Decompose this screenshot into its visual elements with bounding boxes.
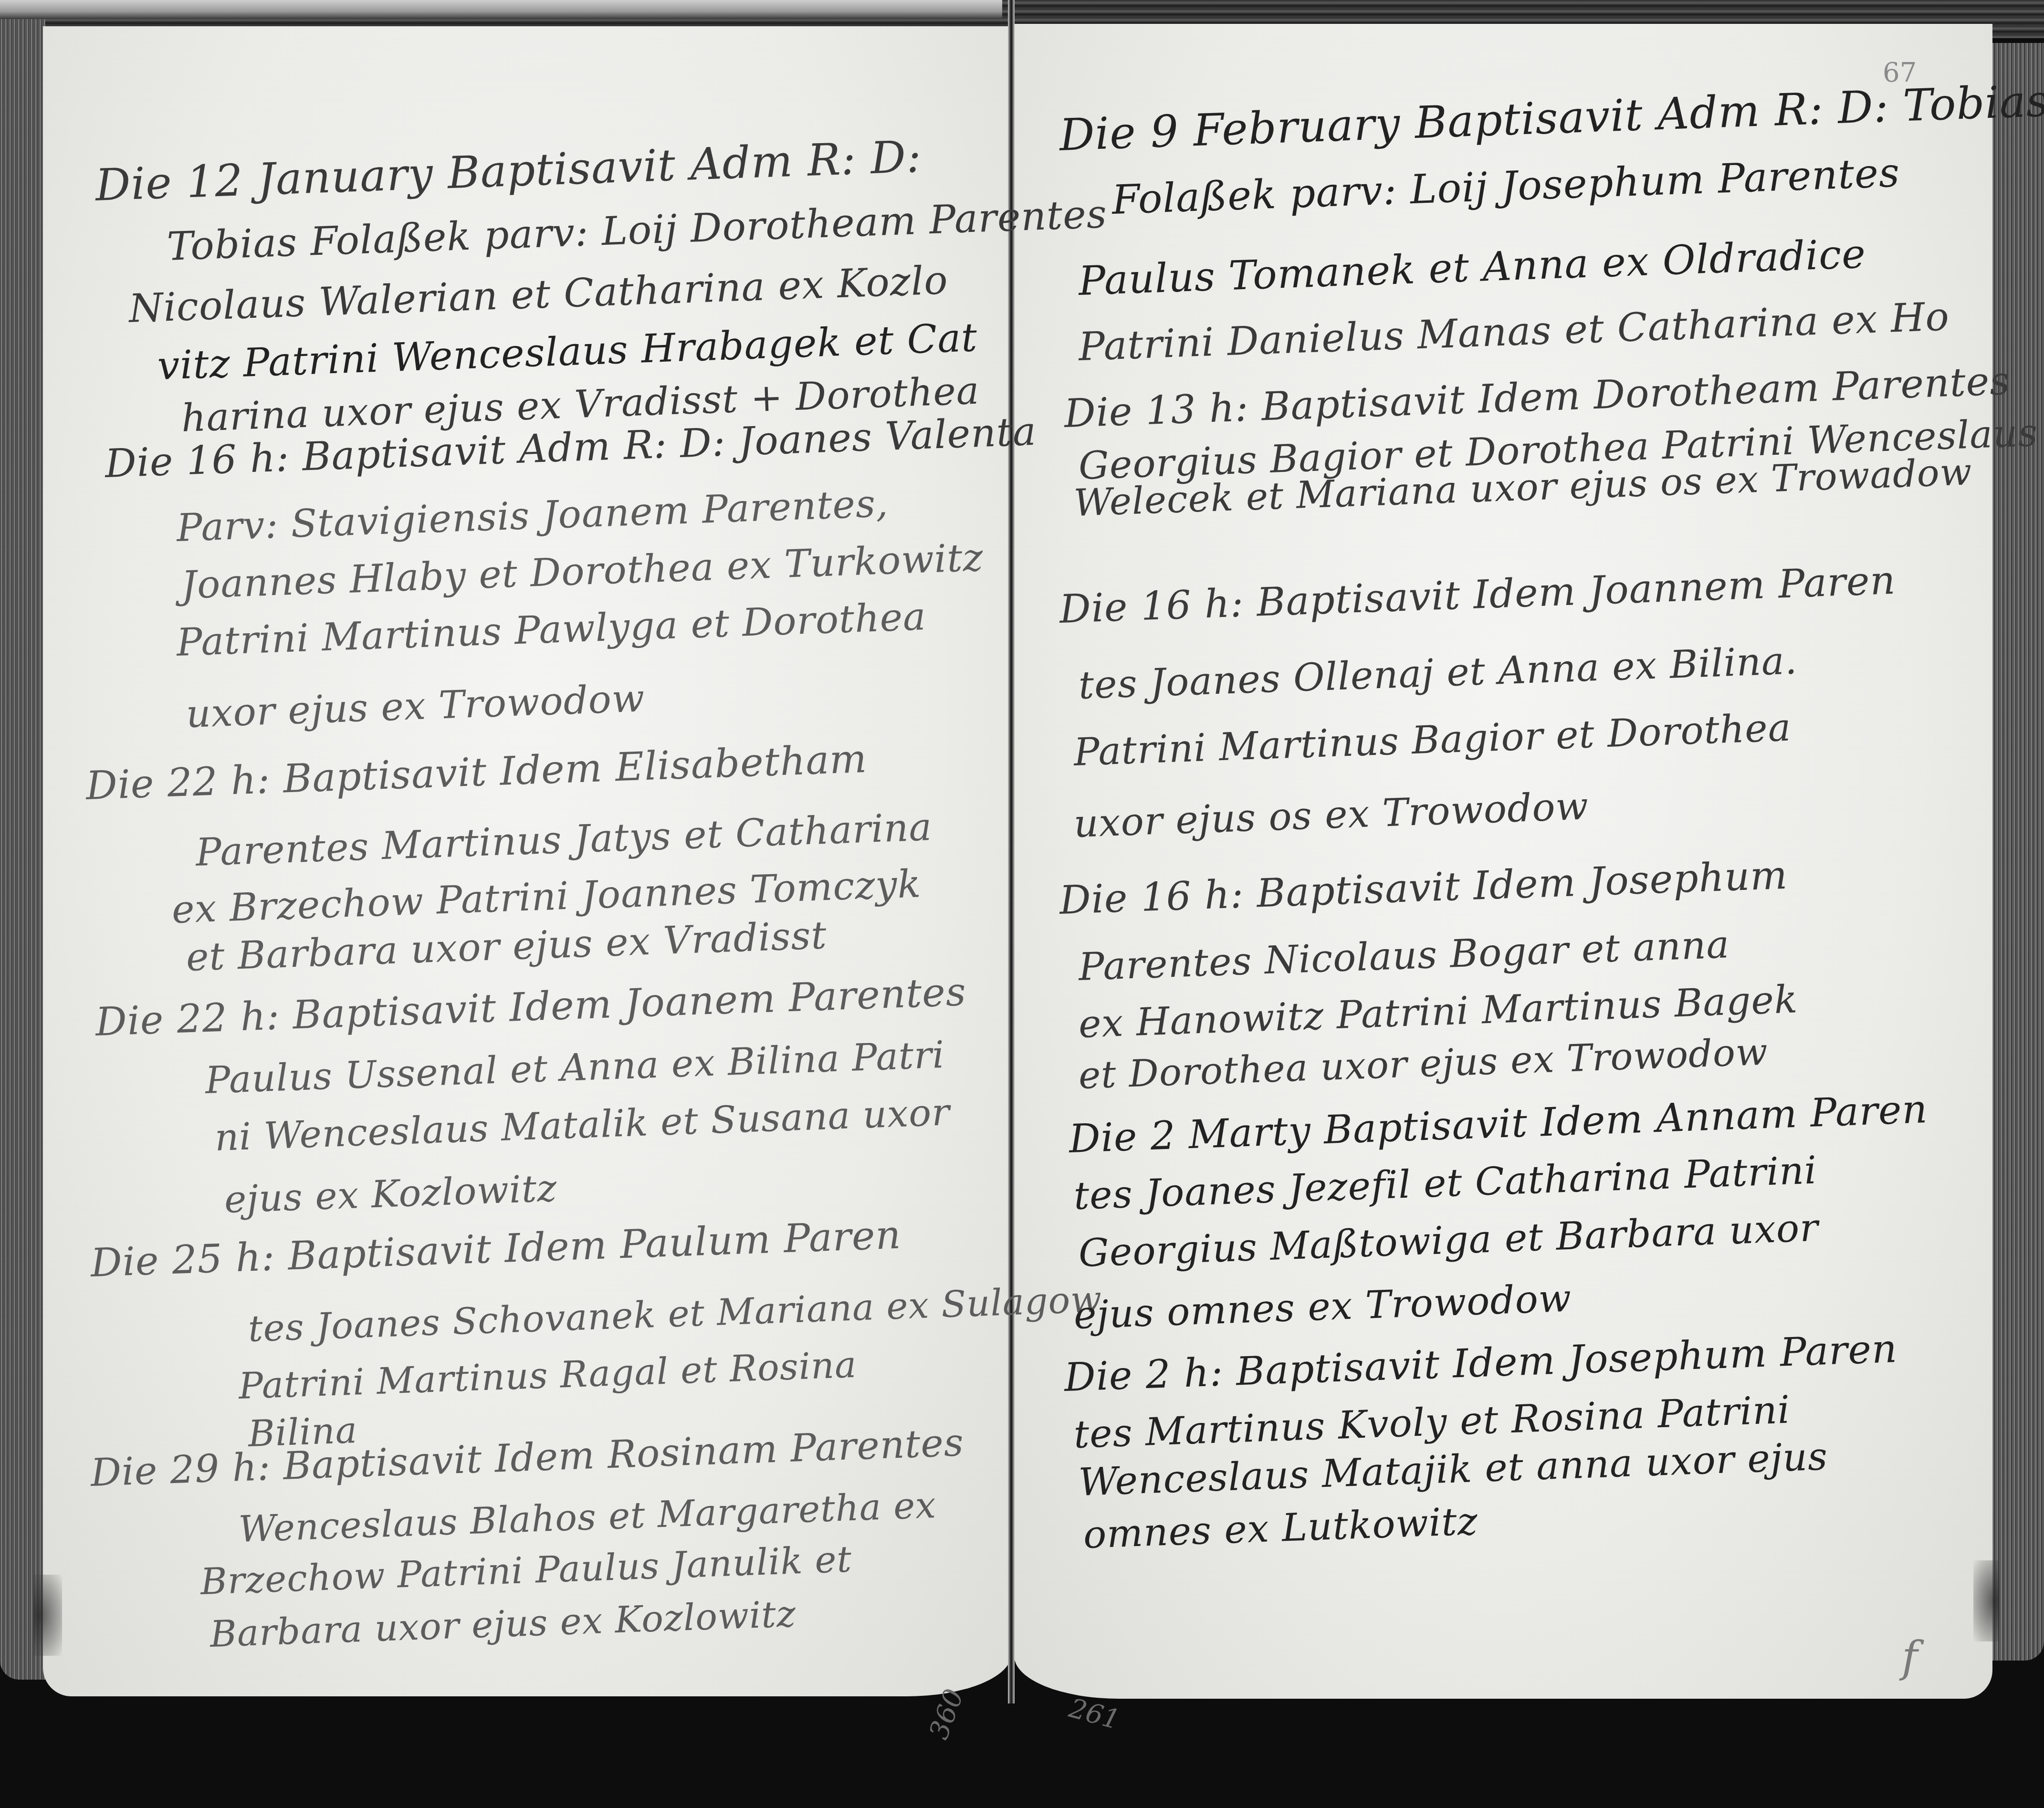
cover-flap	[0, 0, 1002, 19]
water-stain-right	[1973, 1560, 2000, 1641]
page-number-right: 261	[1066, 1693, 1123, 1735]
corner-mark: f	[1902, 1632, 1918, 1682]
book-gutter	[1008, 0, 1015, 1703]
page-edges-right	[1992, 43, 2044, 1661]
water-stain-left	[33, 1575, 62, 1656]
page-edges-left	[0, 19, 45, 1680]
scanned-book-spread: 67 Die 12 January Baptisavit Adm R: D: T…	[0, 0, 2044, 1808]
